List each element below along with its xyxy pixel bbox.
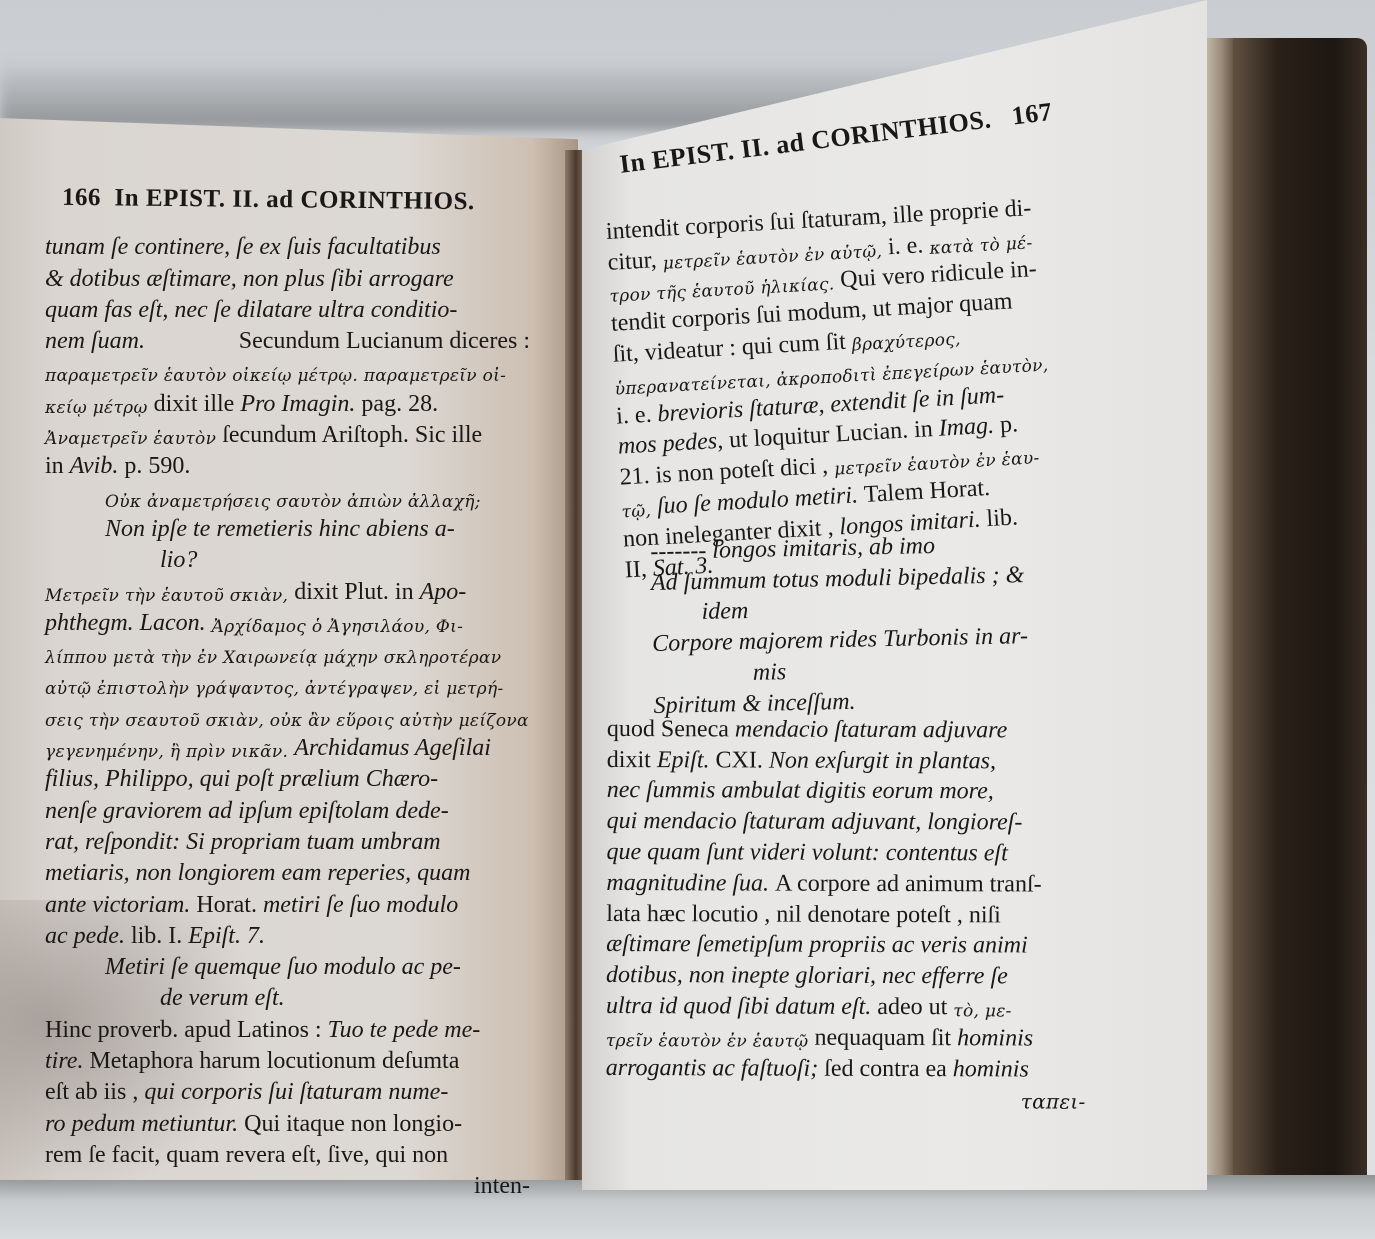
text-line: τρεῖν ἑαυτὸν ἐν ἑαυτῷ nequaquam ſit homi… xyxy=(606,1020,1086,1052)
text-line: in Avib. p. 590. xyxy=(45,449,530,480)
text-line: quam fas eſt, nec ſe dilatare ultra cond… xyxy=(45,293,530,324)
verse-line: Non ipſe te remetieris hinc abiens a- xyxy=(45,512,530,543)
greek-line: παραμετρεῖν ἑαυτὸν οἰκείῳ μέτρῳ. παραμετ… xyxy=(45,355,530,386)
greek-line: αὐτῷ ἐπιστολὴν γράψαντος, ἀντέγραψεν, εἰ… xyxy=(45,668,530,699)
text-line: eſt ab iis , qui corporis ſui ſtaturam n… xyxy=(45,1075,530,1106)
greek-line: λίππου μετὰ τὴν ἐν Χαιρωνείᾳ μάχην σκληρ… xyxy=(45,637,530,668)
text-line: ac pede. lib. I. Epiſt. 7. xyxy=(45,919,530,950)
text-line: ultra id quod ſibi datum eſt. adeo ut τὸ… xyxy=(606,989,1086,1021)
text-line: κείῳ μέτρῳ dixit ille Pro Imagin. pag. 2… xyxy=(45,386,530,417)
verse-line: lio? xyxy=(45,543,530,574)
verse-line: Metiri ſe quemque ſuo modulo ac pe- xyxy=(45,950,530,981)
text-line: dixit Epiſt. CXI. Non exſurgit in planta… xyxy=(607,743,1087,775)
text-line: tunam ſe continere, ſe ex ſuis facultati… xyxy=(45,230,530,261)
page-block-edge xyxy=(1205,38,1233,1188)
catchword: inten- xyxy=(45,1169,530,1200)
text-line: ante victoriam. Horat. metiri ſe ſuo mod… xyxy=(45,887,530,918)
text-line: Μετρεῖν τὴν ἑαυτοῦ σκιὰν, dixit Plut. in… xyxy=(45,574,530,605)
text-line: Hinc proverb. apud Latinos : Tuo te pede… xyxy=(45,1012,530,1043)
text-line: que quam ſunt videri volunt: contentus e… xyxy=(606,835,1086,867)
text-line: filius, Philippo, qui poſt prælium Chæro… xyxy=(45,762,530,793)
text-line: magnitudine ſua. A corpore ad animum tra… xyxy=(606,866,1086,898)
right-page-number: 167 xyxy=(1010,97,1054,131)
text-line: quod Seneca mendacio ſtaturam adjuvare xyxy=(607,712,1087,744)
left-running-head: 166 In EPIST. II. ad CORINTHIOS. xyxy=(62,184,475,216)
text-line: tire. Metaphora harum locutionum deſumta xyxy=(45,1044,530,1075)
text-line: nec ſummis ambulat digitis eorum more, xyxy=(607,774,1087,806)
right-page-body-lower: quod Seneca mendacio ſtaturam adjuvare d… xyxy=(606,712,1087,1114)
left-head-title: In EPIST. II. ad CORINTHIOS. xyxy=(114,184,474,215)
text-line: dotibus, non inepte gloriari, nec efferr… xyxy=(606,958,1086,990)
text-line: ro pedum metiuntur. Qui itaque non longi… xyxy=(45,1106,530,1137)
greek-line: σεις τὴν σεαυτοῦ σκιὰν, οὐκ ἂν εὕροις αὐ… xyxy=(45,699,530,730)
text-line: qui mendacio ſtaturam adjuvant, longiore… xyxy=(607,804,1087,836)
text-line: lata hæc locutio , nil denotare poteſt ,… xyxy=(606,897,1086,929)
right-page-body: intendit corporis ſui ſtaturam, ille pro… xyxy=(605,188,1105,584)
text-line: arrogantis ac faſtuoſi; ſed contra ea ho… xyxy=(606,1051,1086,1083)
text-line: rem ſe facit, quam revera eſt, ſive, qui… xyxy=(45,1138,530,1169)
text-line: nem ſuam. Secundum Lucianum diceres : xyxy=(45,324,530,355)
text-line: rat, reſpondit: Si propriam tuam umbram xyxy=(45,825,530,856)
text-line: metiaris, non longiorem eam reperies, qu… xyxy=(45,856,530,887)
text-line: nenſe graviorem ad ipſum epiſtolam dede- xyxy=(45,793,530,824)
text-line: γεγενημένην, ἢ πρὶν νικᾶν. Archidamus Ag… xyxy=(45,731,530,762)
greek-verse-line: Οὐκ ἀναμετρήσεις σαυτὸν ἀπιὼν ἀλλαχῆ; xyxy=(45,480,530,511)
text-line: & dotibus æſtimare, non plus ſibi arroga… xyxy=(45,261,530,292)
text-line: æſtimare ſemetipſum propriis ac veris an… xyxy=(606,928,1086,960)
verse-line: de verum eſt. xyxy=(45,981,530,1012)
left-page-number: 166 xyxy=(62,184,101,211)
text-line: Ἀναμετρεῖν ἑαυτὸν ſecundum Ariſtoph. Sic… xyxy=(45,418,530,449)
right-page-verse: ------- longos imitaris, ab imo Ad ſummu… xyxy=(650,525,1134,720)
text-line: phthegm. Lacon. Ἀρχίδαμος ὁ Ἀγησιλάου, Φ… xyxy=(45,606,530,637)
catchword: ταπει- xyxy=(606,1082,1086,1114)
left-page-body: tunam ſe continere, ſe ex ſuis facultati… xyxy=(45,230,530,1200)
